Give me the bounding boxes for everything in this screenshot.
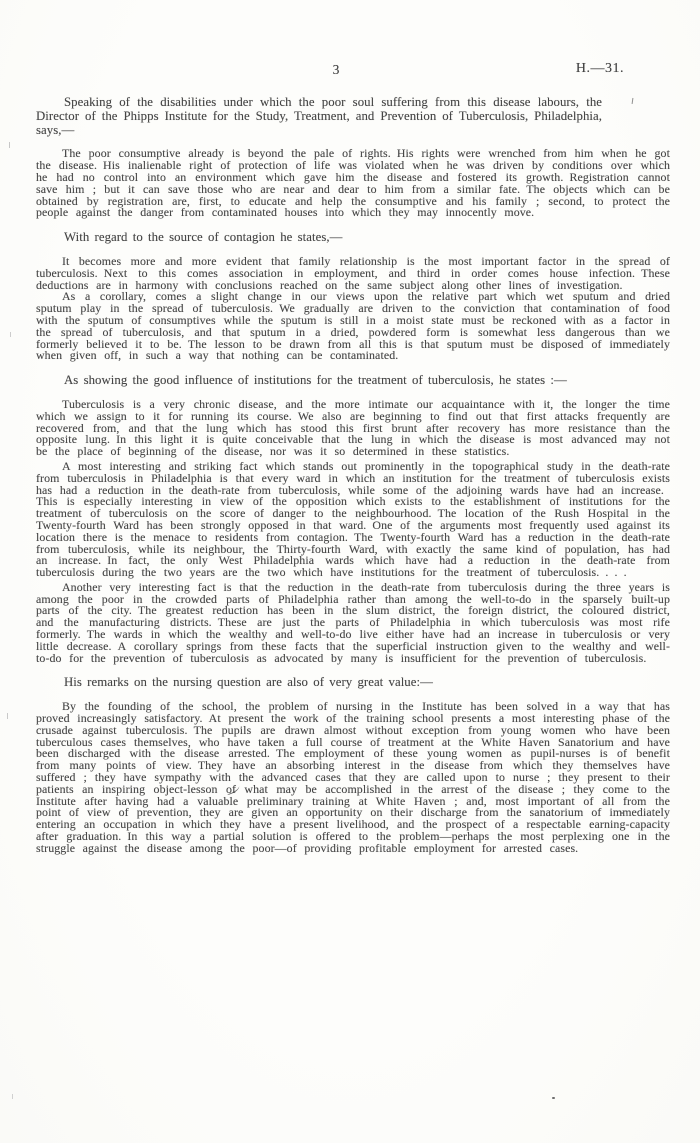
scan-speck — [12, 1094, 13, 1099]
extract-paragraph: Another very interesting fact is that th… — [36, 582, 670, 665]
page-content: Speaking of the disabilities under which… — [36, 84, 670, 855]
body-paragraph: His remarks on the nursing question are … — [36, 676, 602, 690]
body-paragraph: Speaking of the disabilities under which… — [36, 96, 602, 137]
extract-paragraph: Tuberculosis is a very chronic disease, … — [36, 399, 670, 458]
extract-paragraph: It becomes more and more evident that fa… — [36, 256, 670, 291]
body-paragraph: As showing the good influence of institu… — [36, 374, 602, 388]
extract-paragraph: The poor consumptive already is beyond t… — [36, 148, 670, 219]
scan-speck — [10, 332, 11, 337]
document-page: 3 H.—31. Speaking of the disabilities un… — [0, 0, 700, 1143]
scan-speck — [7, 713, 8, 719]
page-header: 3 H.—31. — [36, 62, 668, 78]
extract-paragraph: A most interesting and striking fact whi… — [36, 461, 670, 579]
page-number: 3 — [36, 62, 636, 78]
document-reference: H.—31. — [576, 61, 624, 77]
scan-speck — [9, 142, 10, 148]
extract-paragraph: As a corollary, comes a slight change in… — [36, 291, 670, 362]
scan-speck — [552, 1097, 555, 1099]
extract-paragraph: By the founding of the school, the probl… — [36, 701, 670, 854]
body-paragraph: With regard to the source of contagion h… — [36, 231, 602, 245]
